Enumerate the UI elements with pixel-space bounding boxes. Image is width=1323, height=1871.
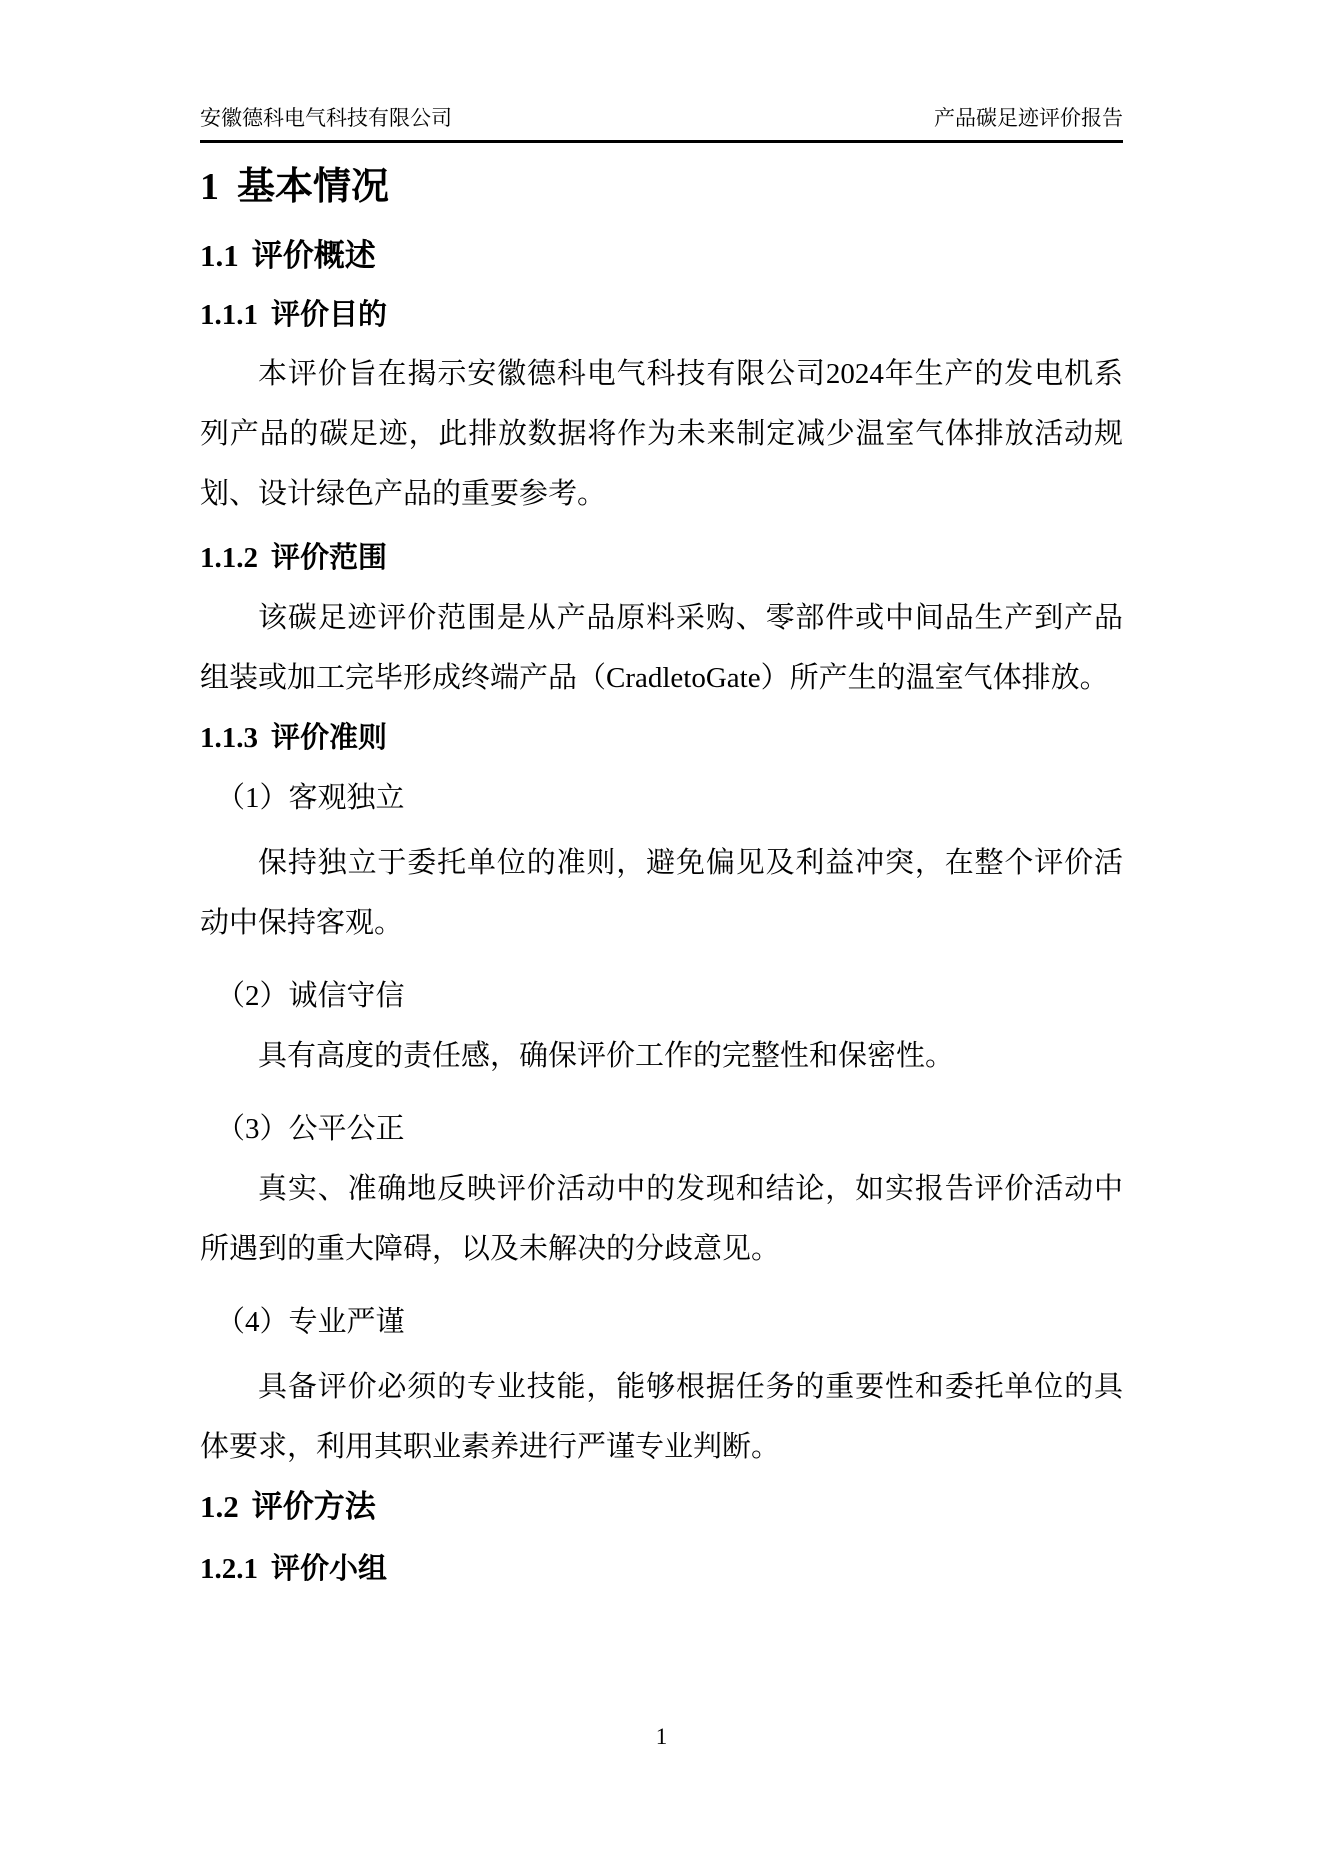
subsection-heading-1-1-2: 1.1.2评价范围 bbox=[200, 541, 1123, 575]
header-company-name: 安徽德科电气科技有限公司 bbox=[200, 104, 452, 132]
principle-2-body: 具有高度的责任感，确保评价工作的完整性和保密性。 bbox=[200, 1026, 1123, 1086]
section-number-1-1: 1.1 bbox=[200, 238, 239, 273]
page-number: 1 bbox=[656, 1724, 668, 1749]
principle-3-body: 真实、准确地反映评价活动中的发现和结论，如实报告评价活动中所遇到的重大障碍，以及… bbox=[200, 1159, 1123, 1279]
paragraph-evaluation-purpose: 本评价旨在揭示安徽德科电气科技有限公司2024年生产的发电机系列产品的碳足迹，此… bbox=[200, 344, 1123, 524]
subsection-number-1-2-1: 1.2.1 bbox=[200, 1553, 258, 1585]
subsection-heading-1-1-1: 1.1.1评价目的 bbox=[200, 298, 1123, 332]
subsection-title-1-1-1: 评价目的 bbox=[271, 299, 387, 331]
principle-2-title: （2）诚信守信 bbox=[200, 966, 1123, 1026]
document-page: 安徽德科电气科技有限公司 产品碳足迹评价报告 1基本情况 1.1评价概述 1.1… bbox=[0, 0, 1323, 1871]
principle-1-body: 保持独立于委托单位的准则，避免偏见及利益冲突，在整个评价活动中保持客观。 bbox=[200, 833, 1123, 953]
page-content: 1基本情况 1.1评价概述 1.1.1评价目的 本评价旨在揭示安徽德科电气科技有… bbox=[200, 145, 1123, 1586]
subsection-title-1-1-3: 评价准则 bbox=[271, 722, 387, 754]
subsection-title-1-2-1: 评价小组 bbox=[271, 1553, 387, 1585]
chapter-number: 1 bbox=[200, 166, 219, 208]
subsection-title-1-1-2: 评价范围 bbox=[271, 542, 387, 574]
section-title-1-1: 评价概述 bbox=[252, 238, 376, 273]
paragraph-evaluation-scope: 该碳足迹评价范围是从产品原料采购、零部件或中间品生产到产品组装或加工完毕形成终端… bbox=[200, 588, 1123, 708]
section-number-1-2: 1.2 bbox=[200, 1489, 239, 1524]
principle-4-body: 具备评价必须的专业技能，能够根据任务的重要性和委托单位的具体要求，利用其职业素养… bbox=[200, 1357, 1123, 1477]
section-title-1-2: 评价方法 bbox=[252, 1489, 376, 1524]
section-heading-1-2: 1.2评价方法 bbox=[200, 1489, 1123, 1525]
subsection-heading-1-2-1: 1.2.1评价小组 bbox=[200, 1552, 1123, 1586]
principle-1-title: （1）客观独立 bbox=[200, 768, 1123, 828]
chapter-heading: 1基本情况 bbox=[200, 165, 1123, 209]
subsection-heading-1-1-3: 1.1.3评价准则 bbox=[200, 721, 1123, 755]
page-footer: 1 bbox=[0, 1722, 1323, 1752]
principle-3-title: （3）公平公正 bbox=[200, 1099, 1123, 1159]
subsection-number-1-1-1: 1.1.1 bbox=[200, 299, 258, 331]
principle-4-title: （4）专业严谨 bbox=[200, 1292, 1123, 1352]
section-heading-1-1: 1.1评价概述 bbox=[200, 238, 1123, 274]
subsection-number-1-1-2: 1.1.2 bbox=[200, 542, 258, 574]
page-header: 安徽德科电气科技有限公司 产品碳足迹评价报告 bbox=[200, 104, 1123, 143]
chapter-title: 基本情况 bbox=[237, 166, 389, 208]
header-report-title: 产品碳足迹评价报告 bbox=[934, 104, 1123, 132]
subsection-number-1-1-3: 1.1.3 bbox=[200, 722, 258, 754]
